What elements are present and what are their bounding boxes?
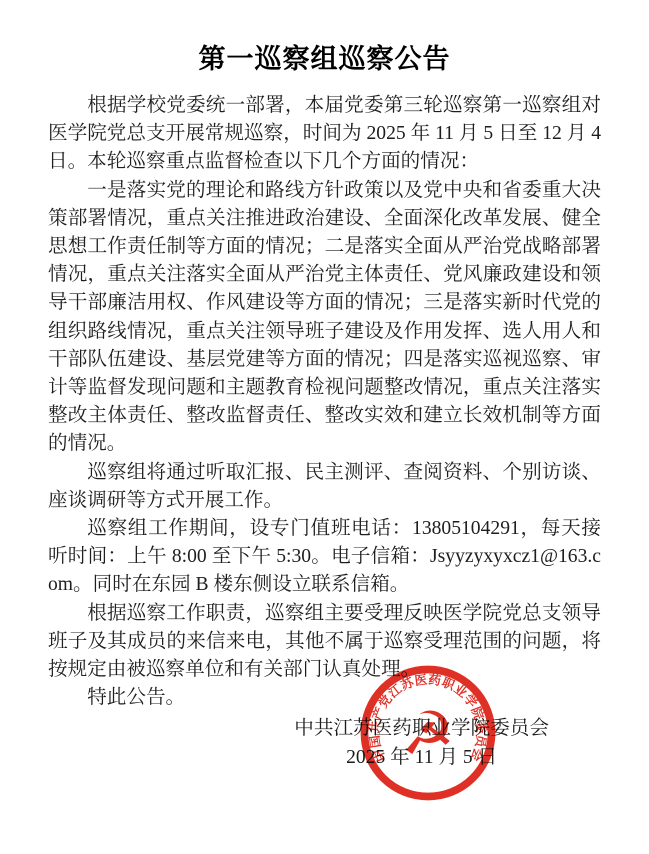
document-body: 根据学校党委统一部署，本届党委第三轮巡察第一巡察组对医学院党总支开展常规巡察，时… — [48, 92, 601, 712]
document-title: 第一巡察组巡察公告 — [48, 42, 601, 76]
body-paragraph: 根据巡察工作职责，巡察组主要受理反映医学院党总支领导班子及其成员的来信来电，其他… — [48, 600, 601, 685]
signature-line: 中共江苏医药职业学院委员会 — [294, 714, 549, 743]
date-line: 2025 年 11 月 5 日 — [294, 743, 549, 772]
body-paragraph: 特此公告。 — [48, 684, 601, 712]
signature-block: 中共江苏医药职业学院委员会 2025 年 11 月 5 日 — [294, 714, 549, 772]
body-paragraph: 巡察组工作期间，设专门值班电话：13805104291，每天接听时间：上午 8:… — [48, 515, 601, 600]
announcement-document: 第一巡察组巡察公告 根据学校党委统一部署，本届党委第三轮巡察第一巡察组对医学院党… — [48, 0, 601, 772]
body-paragraph: 一是落实党的理论和路线方针政策以及党中央和省委重大决策部署情况，重点关注推进政治… — [48, 177, 601, 459]
body-paragraph: 巡察组将通过听取汇报、民主测评、查阅资料、个别访谈、座谈调研等方式开展工作。 — [48, 459, 601, 515]
body-paragraph: 根据学校党委统一部署，本届党委第三轮巡察第一巡察组对医学院党总支开展常规巡察，时… — [48, 92, 601, 177]
